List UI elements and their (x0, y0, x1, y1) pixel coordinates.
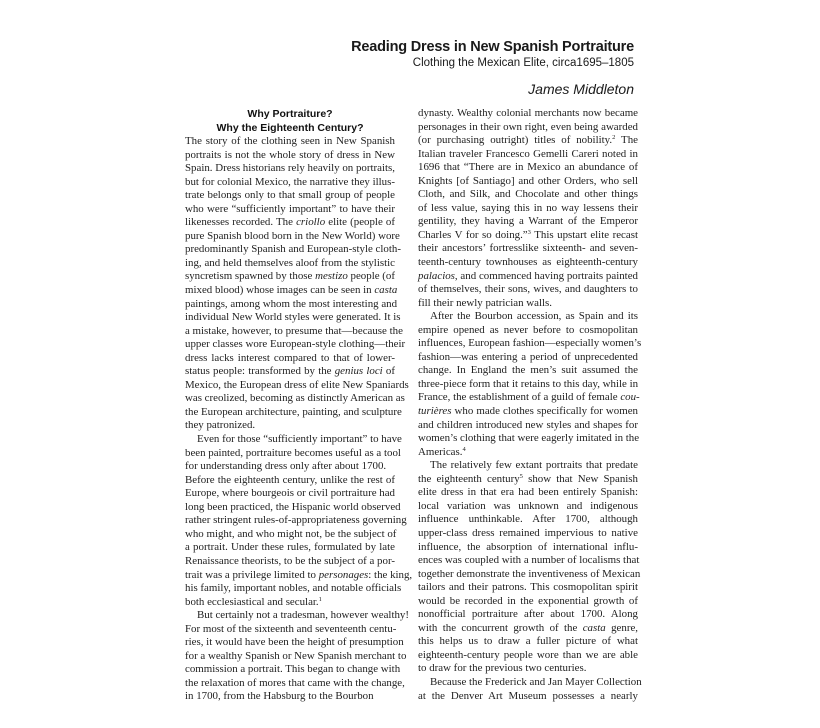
left-text-line: in 1700, from the Habsburg to the Bourbo… (185, 690, 395, 704)
right-text-line: ences was coupled with a number of local… (418, 554, 638, 568)
right-text-line: Knights [of Santiago] and other Orders, … (418, 175, 638, 189)
left-text-line: portraits is not the whole story of dres… (185, 149, 395, 163)
right-text-line: elite dress in that era had been entirel… (418, 486, 638, 500)
left-text-line: Even for those “sufficiently important” … (185, 433, 395, 447)
right-text-line: dynasty. Wealthy colonial merchants now … (418, 107, 638, 121)
left-text-line: Spain. Dress historians rely heavily on … (185, 162, 395, 176)
left-text-line: the relaxation of mores that came with t… (185, 677, 395, 691)
left-text-line: been painted, portraiture becomes useful… (185, 447, 395, 461)
right-text-line: influence unthinkable. After 1700, altho… (418, 513, 638, 527)
left-text-line: ing, and held themselves aloof from the … (185, 257, 395, 271)
italic-term: cou- (620, 391, 639, 403)
right-text-line: teenth-century townhouses as eighteenth-… (418, 256, 638, 270)
right-text-line: of less value, saying this in no way les… (418, 202, 638, 216)
left-text-line: trait was a privilege limited to persona… (185, 569, 395, 583)
left-text-line: long been practiced, the Hispanic world … (185, 501, 395, 515)
left-text-line: was creolized, becoming as distinctly Am… (185, 392, 395, 406)
right-text-line: and children introduced new styles and s… (418, 419, 638, 433)
right-text-line: three-piece form that it retains to this… (418, 378, 638, 392)
left-text-line: a portrait. Under these rules, formulate… (185, 541, 395, 555)
italic-term: turières (418, 405, 451, 417)
right-text-line: their ancestors’ fortresslike sixteenth-… (418, 242, 638, 256)
italic-term: criollo (296, 216, 325, 228)
section-heading-line-2: Why the Eighteenth Century? (185, 121, 395, 135)
italic-term: casta (583, 622, 606, 634)
right-text-line: (or purchasing outright) titles of nobil… (418, 134, 638, 148)
article-title: Reading Dress in New Spanish Portraiture (351, 38, 634, 56)
left-text-line: dress lacks interest compared to that of… (185, 352, 395, 366)
right-text-line: would be recorded in the exponential gro… (418, 595, 638, 609)
left-text-line: pure Spanish blood born in the New World… (185, 230, 395, 244)
left-text-line: upper classes wore European-style clothi… (185, 338, 395, 352)
left-text-line: For most of the sixteenth and seventeent… (185, 623, 395, 637)
article-author: James Middleton (351, 80, 634, 98)
right-text-line: Cloth, and Silk, and Chocolate and other… (418, 188, 638, 202)
italic-term: genius loci (335, 365, 383, 377)
right-text-line: influence, the absorption of internation… (418, 541, 638, 555)
right-text-line: After the Bourbon accession, as Spain an… (418, 310, 638, 324)
left-text-line: syncretism spawned by those mestizo peop… (185, 270, 395, 284)
left-text-line: both ecclesiastical and secular.1 (185, 596, 395, 610)
right-text-line: of themselves, their sons, wives, and da… (418, 283, 638, 297)
left-text-line: Renaissance theorists, to be the subject… (185, 555, 395, 569)
article-header: Reading Dress in New Spanish Portraiture… (351, 38, 634, 98)
right-text-line: with the concurrent growth of the casta … (418, 622, 638, 636)
article-subtitle: Clothing the Mexican Elite, circa1695–18… (351, 56, 634, 71)
right-text-line: women’s clothing that were eagerly imita… (418, 432, 638, 446)
right-text-line: to draw for the previous two centuries. (418, 662, 638, 676)
right-text-line: Americas.4 (418, 446, 638, 460)
right-text-line: fashion—was entering a period of unprece… (418, 351, 638, 365)
right-text-line: together demonstrate the inventiveness o… (418, 568, 638, 582)
section-heading-line-1: Why Portraiture? (185, 107, 395, 121)
left-text-line: ries, it would have been the height of p… (185, 636, 395, 650)
right-column-body: dynasty. Wealthy colonial merchants now … (418, 107, 638, 703)
right-text-line: change. In England the men’s suit assume… (418, 364, 638, 378)
left-text-line: Before the eighteenth century, unlike th… (185, 474, 395, 488)
right-text-line: tailors and their patrons. This cosmopol… (418, 581, 638, 595)
left-text-line: But certainly not a tradesman, however w… (185, 609, 395, 623)
left-text-line: likenesses recorded. The criollo elite (… (185, 216, 395, 230)
footnote-marker: 5 (520, 473, 523, 480)
right-text-line: turières who made clothes specifically f… (418, 405, 638, 419)
left-text-line: his family, important nobles, and notabl… (185, 582, 395, 596)
italic-term: casta (374, 284, 397, 296)
left-text-line: but for colonial Mexico, the narrative t… (185, 176, 395, 190)
right-text-line: nonofficial portraiture after about 1700… (418, 608, 638, 622)
left-text-line: who were “sufficiently important” to hav… (185, 203, 395, 217)
left-text-line: status people: transformed by the genius… (185, 365, 395, 379)
document-page: Reading Dress in New Spanish Portraiture… (0, 0, 820, 728)
right-text-line: eighteenth-century people wore than we a… (418, 649, 638, 663)
left-text-line: for understanding dress only after about… (185, 460, 395, 474)
left-text-line: for a wealthy Spanish or New Spanish mer… (185, 650, 395, 664)
right-text-line: France, the establishment of a guild of … (418, 391, 638, 405)
left-text-line: who might, and who might not, be the sub… (185, 528, 395, 542)
italic-term: mestizo (315, 270, 348, 282)
right-text-line: Charles V for so doing.”3 This upstart e… (418, 229, 638, 243)
right-text-line: gentility, they having a Warrant of the … (418, 215, 638, 229)
left-column: Why Portraiture? Why the Eighteenth Cent… (185, 107, 395, 704)
right-text-line: Because the Frederick and Jan Mayer Coll… (418, 676, 638, 690)
left-text-line: they patronized. (185, 419, 395, 433)
right-column: dynasty. Wealthy colonial merchants now … (418, 107, 638, 703)
footnote-marker: 1 (319, 596, 322, 603)
left-text-line: a mistake, however, to presume that—beca… (185, 325, 395, 339)
right-text-line: The relatively few extant portraits that… (418, 459, 638, 473)
italic-term: personages (319, 569, 369, 581)
right-text-line: palacios, and commenced having portraits… (418, 270, 638, 284)
right-text-line: empire opened as never before to cosmopo… (418, 324, 638, 338)
right-text-line: the eighteenth century5 show that New Sp… (418, 473, 638, 487)
footnote-marker: 3 (528, 229, 531, 236)
left-text-line: individual New World styles were generat… (185, 311, 395, 325)
left-text-line: predominantly Spanish and European-style… (185, 243, 395, 257)
right-text-line: influences, European fashion—especially … (418, 337, 638, 351)
right-text-line: 1696 that “There are in Mexico an abunda… (418, 161, 638, 175)
right-text-line: personages in their own right, even bein… (418, 121, 638, 135)
right-text-line: at the Denver Art Museum possesses a nea… (418, 690, 638, 704)
left-text-line: trate belongs only to that small group o… (185, 189, 395, 203)
left-text-line: rather stringent rules-of-appropriatenes… (185, 514, 395, 528)
left-column-body: The story of the clothing seen in New Sp… (185, 135, 395, 704)
left-text-line: commission a portrait. This began to cha… (185, 663, 395, 677)
right-text-line: upper-class dress remained impervious to… (418, 527, 638, 541)
footnote-marker: 4 (462, 446, 465, 453)
left-text-line: Europe, where bourgeois or civil portrai… (185, 487, 395, 501)
left-text-line: paintings, among whom the most interesti… (185, 298, 395, 312)
right-text-line: local variation was unknown and indigeno… (418, 500, 638, 514)
italic-term: palacios (418, 270, 455, 282)
left-text-line: Mexico, the European dress of elite New … (185, 379, 395, 393)
right-text-line: Italian traveler Francesco Gemelli Carer… (418, 148, 638, 162)
right-text-line: fill their newly patrician walls. (418, 297, 638, 311)
left-text-line: the European architecture, painting, and… (185, 406, 395, 420)
footnote-marker: 2 (612, 134, 615, 141)
left-text-line: mixed blood) whose images can be seen in… (185, 284, 395, 298)
left-text-line: The story of the clothing seen in New Sp… (185, 135, 395, 149)
right-text-line: this helps us to draw a fuller picture o… (418, 635, 638, 649)
